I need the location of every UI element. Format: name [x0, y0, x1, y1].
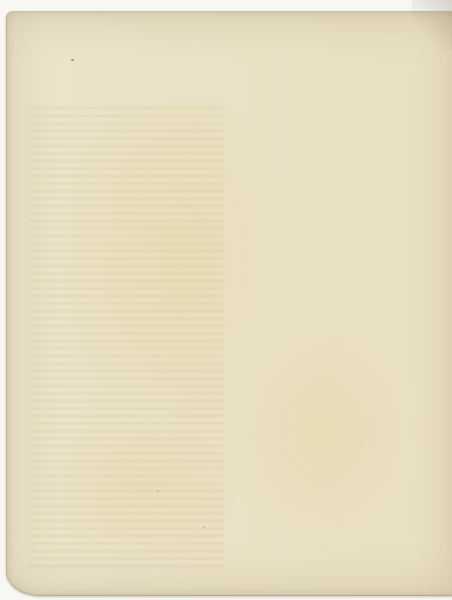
foxing-speck	[71, 59, 74, 61]
foxing-speck	[157, 490, 159, 492]
paper-sheet	[6, 11, 452, 596]
ink-bleedthrough-texture	[29, 107, 224, 572]
foxing-speck	[203, 526, 205, 528]
scanned-document-image: { "page": { "number_label": "— 4 —", "an…	[0, 0, 452, 600]
